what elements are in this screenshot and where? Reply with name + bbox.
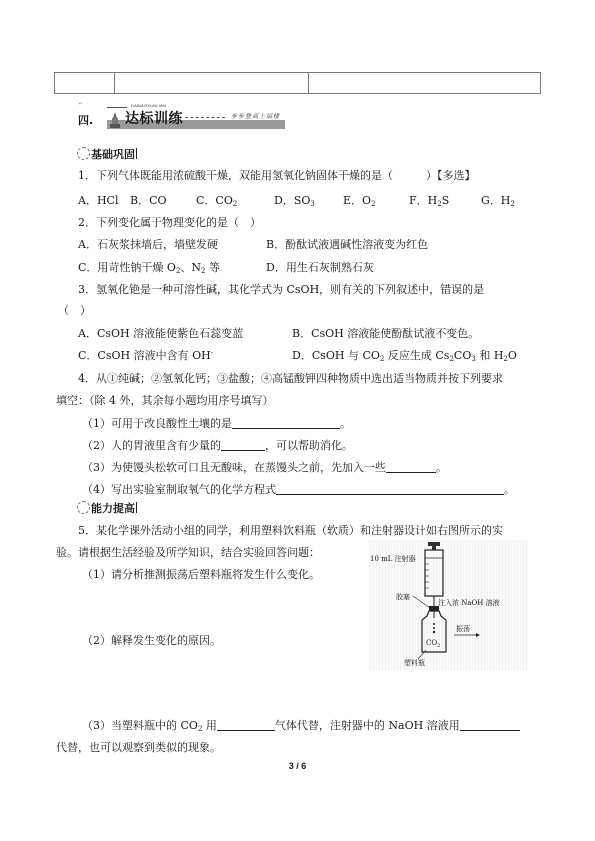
badge-icon [77,147,90,160]
q1-option-g: G．H2 [481,194,515,208]
ability-section-heading: 能力提高 [77,500,137,516]
header-table [54,72,541,94]
q3-option-d: D．CsOH 与 CO2 反应生成 Cs2CO3 和 H2O [292,349,517,363]
q2-option-d: D．用生石灰制熟石灰 [266,261,374,275]
table-cell [309,73,541,94]
gas-label: CO2 [426,639,440,647]
q2-option-c: C．用苛性钠干燥 O2、N2 等 [78,261,220,275]
q5-stem-line2: 验。请根据生活经验及所学知识，结合实验回答问题： [56,546,320,560]
q1-option-e: E．O2 [343,194,376,208]
q4-sub4: （4）写出实验室制取氧气的化学方程式。 [82,483,515,497]
basic-section-title: 基础巩固 [91,148,135,161]
q3-option-a: A．CsOH 溶液能使紫色石蕊变蓝 [78,327,243,341]
q5-stem-line1: 5．某化学课外活动小组的同学，利用塑料饮料瓶（软质）和注射器设计如右图所示的实 [78,524,503,538]
q2-option-b: B．酚酞试液遇碱性溶液变为红色 [266,238,428,252]
q2-stem: 2．下列变化属于物理变化的是（ ） [78,216,261,230]
q3-stem: 3．氢氧化铯是一种可溶性碱，其化学式为 CsOH，则有关的下列叙述中，错误的是 [78,283,484,297]
q2-option-a: A．石灰浆抹墙后，墙壁发硬 [78,238,218,252]
section-banner: DABIAOXUNLIAN 达标训练 步步登高上层楼 [107,106,285,130]
answer-blank[interactable] [386,461,436,473]
q3-paren: （ ） [58,304,91,318]
answer-blank[interactable] [232,417,340,429]
banner-line [107,107,127,108]
inject-label: 注入浓 NaOH 溶液 [438,598,500,608]
basic-section-heading: 基础巩固 [77,146,137,162]
tower-icon [109,112,121,128]
banner-title: 达标训练 [125,108,183,128]
paragraph-mark: ↵ [78,101,82,107]
q5-sub2: （2）解释发生变化的原因。 [82,634,221,648]
q1-option-d: D．SO3 [274,194,315,208]
q1-option-a: A．HCl [78,194,118,208]
q1-stem: 1．下列气体既能用浓硫酸干燥，双能用氢氧化钠固体干燥的是（ ）【多选】 [78,169,476,183]
q1-option-c: C．CO2 [196,194,237,208]
table-cell [55,73,115,94]
answer-blank[interactable] [276,483,504,495]
answer-blank[interactable] [217,719,275,731]
syringe-label: 10 mL 注射器 [370,554,416,564]
stopper-label: 胶塞 [396,592,410,602]
section-number: 四. [78,114,93,128]
q4-stem-line2: 填空：（除 4 外，其余每小题均用序号填写） [56,394,274,408]
text-cursor [136,148,137,159]
q5-sub3-line2: 代替，也可以观察到类似的现象。 [56,741,221,755]
q4-sub1: （1）可用于改良酸性土壤的是。 [82,417,351,431]
banner-arrow [185,117,225,118]
q1-option-f: F．H2S [409,194,449,208]
table-cell [115,73,309,94]
shake-label: 振荡 [456,624,470,634]
ability-section-title: 能力提高 [91,502,135,515]
q4-stem-line1: 4．从①纯碱；②氢氧化钙；③盐酸；④高锰酸钾四种物质中选出适当物质并按下列要求 [78,372,503,386]
experiment-figure: 10 mL 注射器 胶塞 注入浓 NaOH 溶液 振荡 CO2 塑料瓶 [368,540,528,670]
q5-sub1: （1）请分析推测振荡后塑料瓶将发生什么变化。 [82,568,320,582]
answer-blank[interactable] [460,719,520,731]
q3-option-b: B．CsOH 溶液能使酚酞试液不变色。 [292,327,479,341]
q3-option-c: C．CsOH 溶液中含有 OH- [78,349,213,363]
q5-sub3: （3）当塑料瓶中的 CO2 用气体代替，注射器中的 NaOH 溶液用 [82,719,520,733]
page-number: 3 / 6 [0,761,595,771]
q1-option-b: B．CO [130,194,167,208]
answer-blank[interactable] [221,439,265,451]
text-cursor [136,502,137,513]
q4-sub3: （3）为使馒头松软可口且无酸味，在蒸馒头之前，先加入一些。 [82,461,447,475]
banner-slogan: 步步登高上层楼 [231,111,280,120]
badge-icon [77,501,90,514]
bottle-label: 塑料瓶 [404,658,425,668]
q4-sub2: （2）人的胃液里含有少量的，可以帮助消化。 [82,439,353,453]
